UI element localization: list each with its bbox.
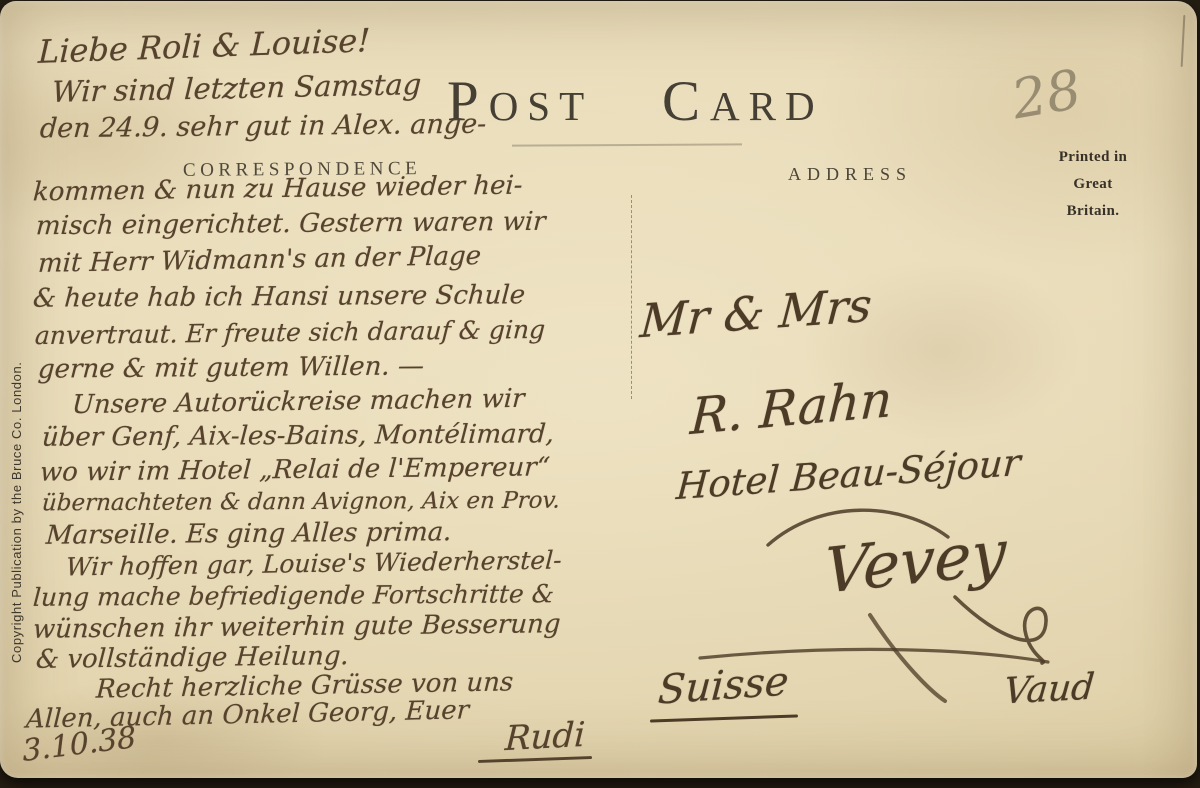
edge-copyright-note: Copyright Publication by the Bruce Co. L… (9, 143, 24, 663)
center-divider-dashed-line (631, 195, 632, 399)
message-line: anvertraut. Er freute sich darauf & ging (34, 315, 546, 350)
address-label: ADDRESS (788, 164, 912, 185)
recipient-hotel: Hotel Beau-Séjour (675, 441, 1022, 508)
recipient-region: Vaud (1002, 667, 1096, 713)
message-line: wünschen ihr weiterhin gute Besserung (32, 609, 561, 645)
printed-in-line: Printed in (1038, 144, 1148, 171)
printed-in-note: Printed in Great Britain. (1038, 144, 1148, 225)
signature-underline (478, 756, 592, 763)
printed-in-line: Britain. (1038, 198, 1148, 225)
recipient-city: Vevey (823, 515, 1007, 608)
signature: Rudi (504, 715, 586, 759)
message-line: Wir hoffen gar, Louise's Wiederherstel- (65, 546, 562, 582)
message-line: Unsere Autorückreise machen wir (71, 384, 525, 420)
message-line: mit Herr Widmann's an der Plage (37, 241, 482, 279)
pencil-number: 28 (1007, 58, 1086, 132)
message-line: wo wir im Hotel „Relai de l'Empereur“ (39, 452, 551, 487)
message-line: den 24.9. sehr gut in Alex. ange- (39, 109, 487, 145)
message-line: Marseille. Es ging Alles prima. (45, 517, 452, 551)
recipient-name: R. Rahn (689, 370, 894, 446)
recipient-country: Suisse (657, 658, 791, 713)
postcard-title-card: CARD (662, 73, 824, 130)
message-line: & vollständige Heilung. (35, 641, 349, 675)
country-underline (650, 714, 798, 722)
message-line: & heute hab ich Hansi unsere Schule (32, 280, 526, 313)
message-line: über Genf, Aix-les-Bains, Montélimard, (41, 419, 555, 453)
message-line: lung mache befriedigende Fortschritte & (32, 579, 555, 612)
recipient-salutation: Mr & Mrs (638, 278, 873, 349)
printed-in-line: Great (1038, 171, 1148, 198)
message-line: misch eingerichtet. Gestern waren wir (35, 207, 546, 241)
message-line: kommen & nun zu Hause wieder hei- (32, 171, 523, 208)
pencil-tick-mark (1181, 15, 1186, 67)
message-line: übernachteten & dann Avignon, Aix en Pro… (41, 488, 561, 517)
message-line: Liebe Roli & Louise! (37, 21, 370, 71)
header-divider-rule (512, 143, 742, 146)
message-line: Wir sind letzten Samstag (51, 67, 422, 109)
message-line: gerne & mit gutem Willen. — (37, 351, 425, 384)
postcard-back: POST CARD CORRESPONDENCE ADDRESS Printed… (0, 1, 1197, 778)
